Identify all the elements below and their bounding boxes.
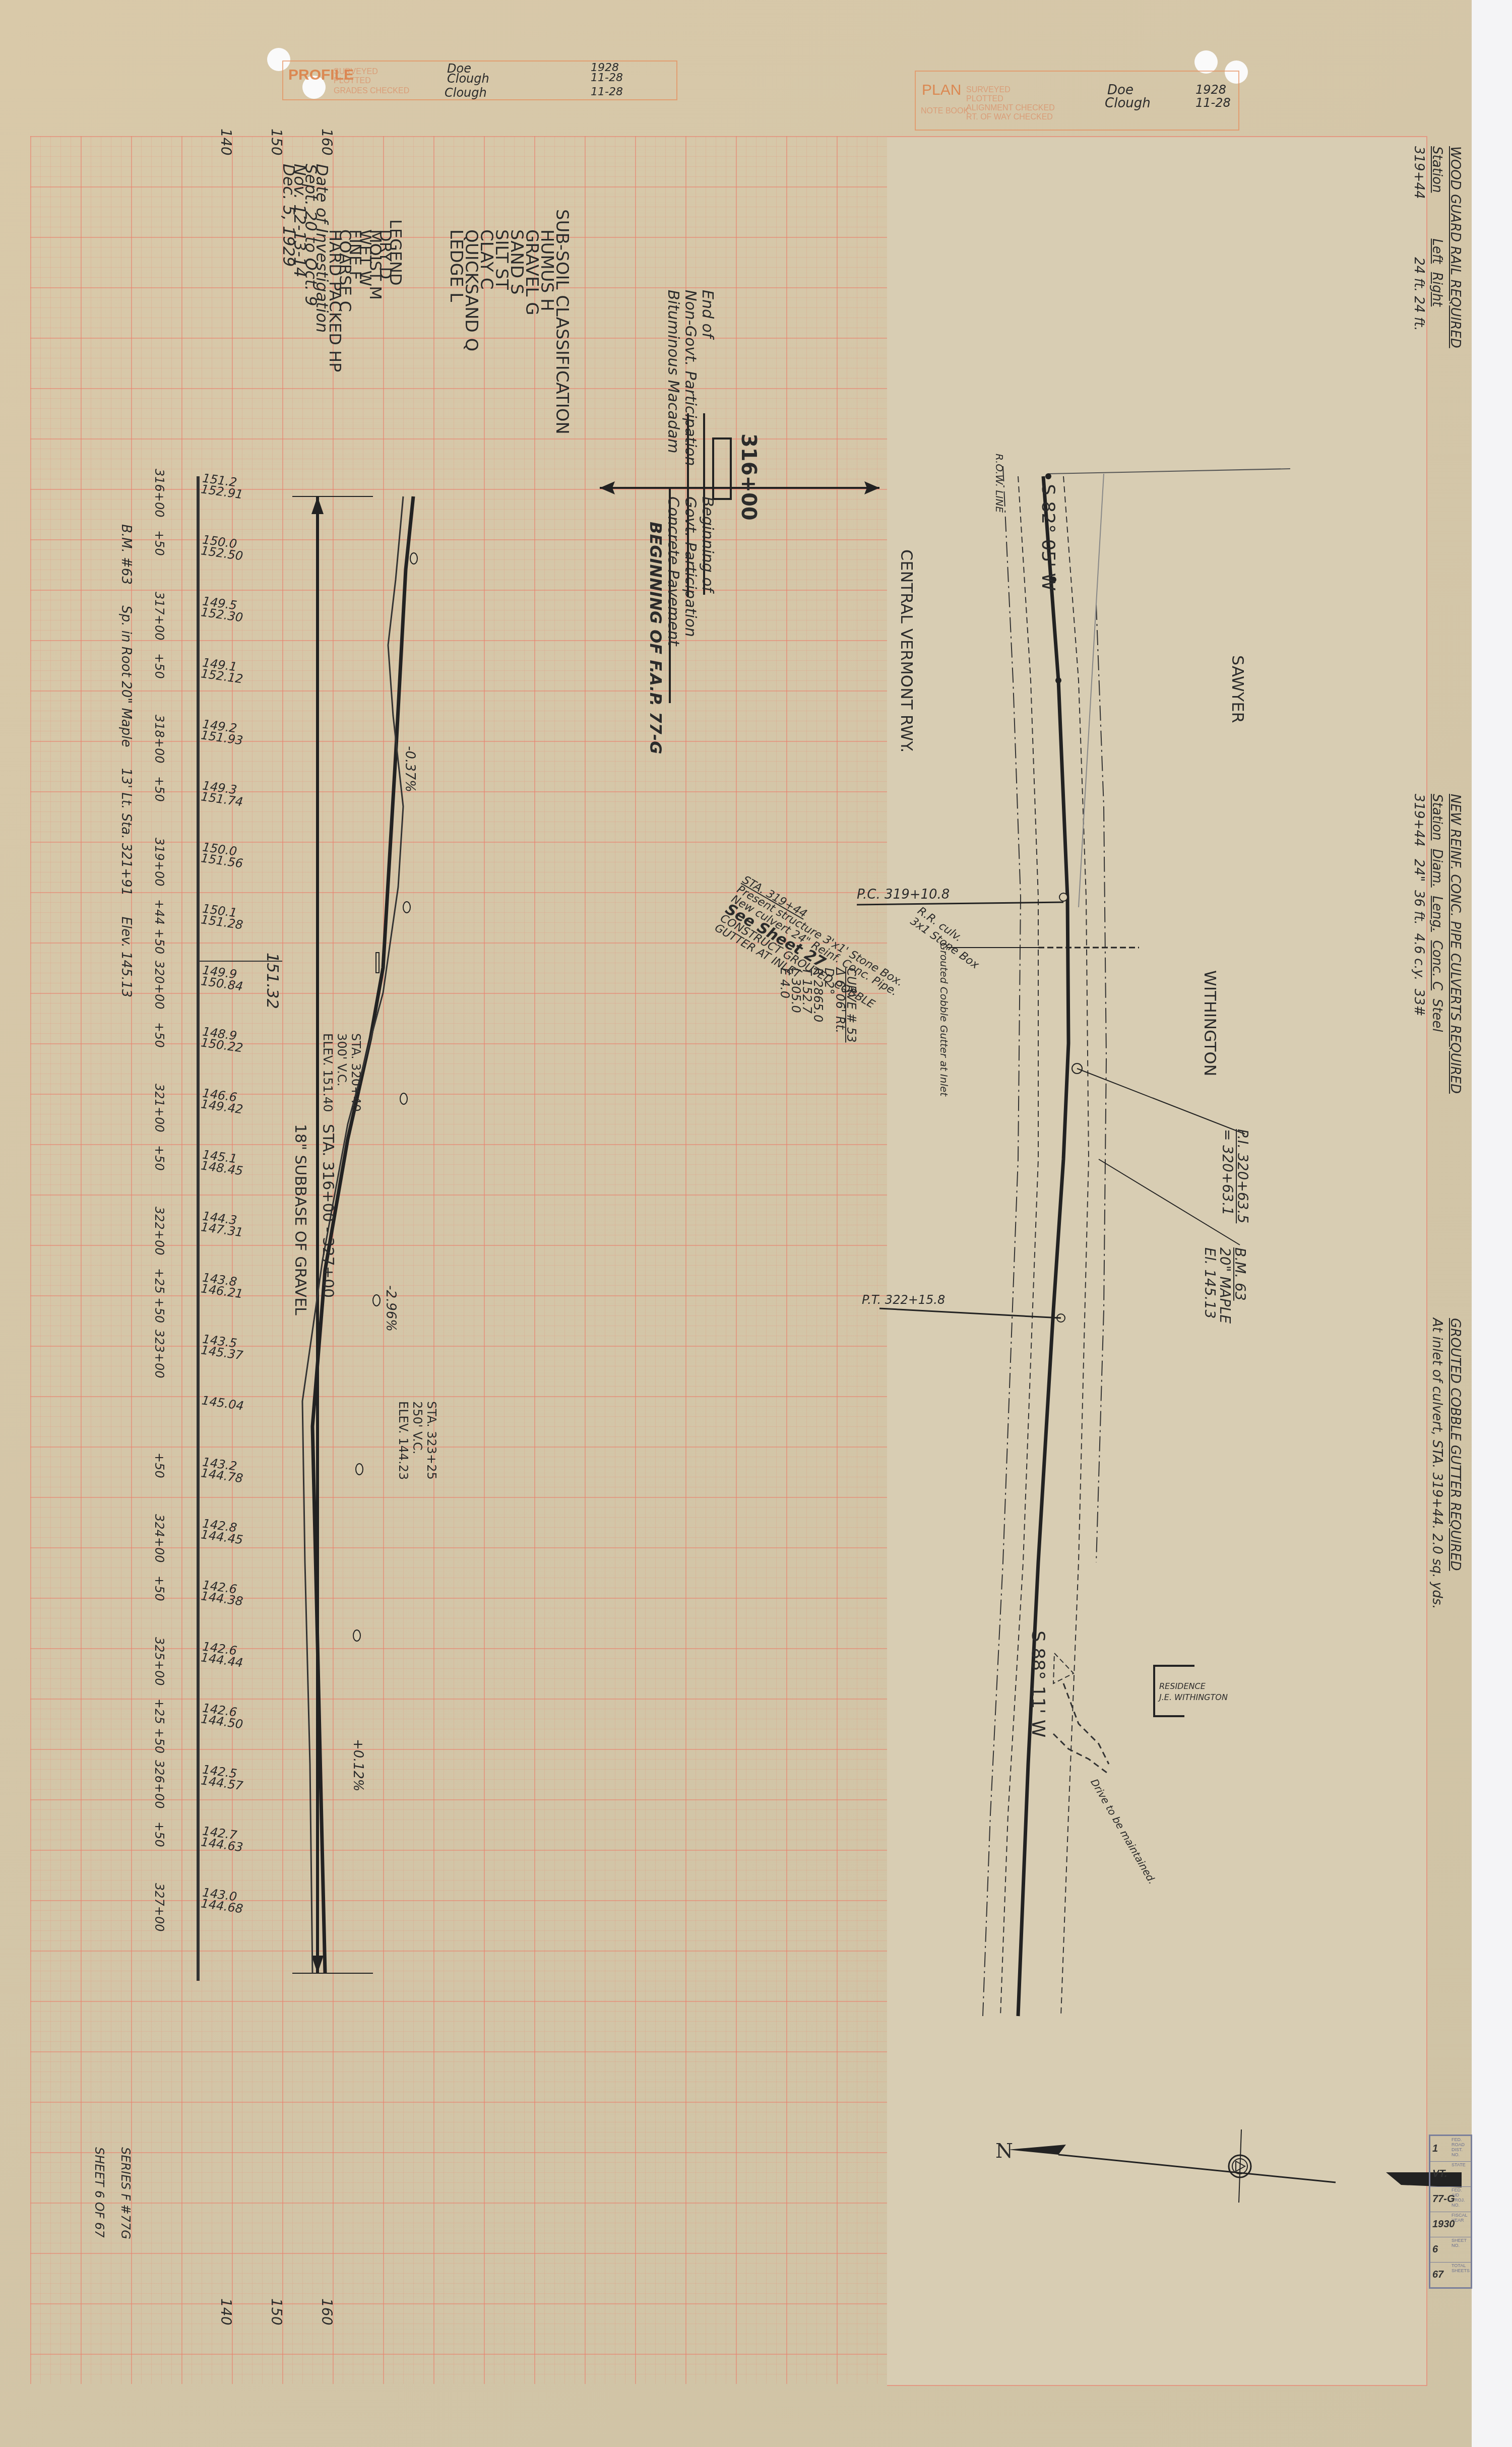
station-label: +50 <box>152 530 166 556</box>
stamp-cell: TOTAL SHEETS67 <box>1430 2262 1471 2288</box>
station-label: +50 <box>152 1145 166 1171</box>
bm-note: B.M. #63 Sp. in Root 20" Maple 13' Lt. S… <box>118 524 134 997</box>
pt-label: P.T. 322+15.8 <box>862 1293 945 1307</box>
pc-label: P.C. 319+10.8 <box>857 887 950 902</box>
table-row: 318+00 <box>152 715 166 763</box>
residence-label: RESIDENCEJ.E. WITHINGTON <box>1159 1681 1228 1703</box>
vertical-curve-1: STA. 320+40300' V.C.ELEV. 151.40 <box>321 1033 363 1112</box>
curve-data: CURVE # 53 Δ 6°06' Rt. D 2° R 2865.0 T 1… <box>779 968 857 1043</box>
station-marker-label: 316+00 <box>737 433 760 521</box>
stamp-cell: FED. AID PROJ. NO.77-G <box>1430 2186 1471 2212</box>
culvert-elev: 151.32 <box>263 953 282 1009</box>
station-label: +50 <box>152 1822 166 1847</box>
stamp-cell: FISCAL YEAR1930 <box>1430 2212 1471 2237</box>
station-label: +25 +50 <box>152 1268 166 1323</box>
station-label: 325+00 <box>152 1637 166 1685</box>
station-label: 326+00 <box>152 1760 166 1808</box>
table-row: 316+00 <box>152 469 166 517</box>
stamp-cell: FED. ROAD DIST. NO.1 <box>1430 2136 1471 2162</box>
guard-rail-table: WOOD GUARD RAIL REQUIRED Station Left Ri… <box>1410 146 1464 348</box>
table-row: +25 +50 <box>152 1268 166 1323</box>
fap-label: BEGINNING OF F.A.P. 77-G <box>646 522 665 754</box>
label-concrete-pavement: Concrete Pavement <box>664 496 681 646</box>
table-row: 320+00 <box>152 961 166 1009</box>
project-stamp: FED. ROAD DIST. NO.1STATEVT.FED. AID PRO… <box>1429 2135 1472 2289</box>
station-label: 327+00 <box>152 1883 166 1931</box>
north-label: N <box>995 2140 1013 2163</box>
series-label: SERIES F #77G SHEET 6 OF 67 <box>86 2147 139 2239</box>
station-label: 324+00 <box>152 1514 166 1562</box>
label-end-of: End of <box>699 290 716 466</box>
table-row: 324+00 <box>152 1514 166 1562</box>
label-non-govt: Non-Govt. Participation <box>681 290 699 466</box>
table-row: +25 +50 <box>152 1699 166 1753</box>
stamp-cell: SHEET NO.6 <box>1430 2237 1471 2263</box>
table-row: +50 <box>152 653 166 679</box>
benchmark-label: B.M. 6320" MAPLEEl. 145.13 <box>1202 1247 1247 1324</box>
station-label: +25 +50 <box>152 1699 166 1753</box>
station-label: +50 <box>152 653 166 679</box>
subbase-range: STA. 316+00 - 327+00 <box>319 1124 337 1298</box>
label-govt-participation: Govt. Participation <box>681 496 699 646</box>
table-row: 322+00 <box>152 1207 166 1255</box>
station-label: +50 <box>152 776 166 802</box>
table-row: +50 <box>152 1145 166 1171</box>
grade-1: -0.37% <box>402 746 417 792</box>
subbase-label: 18" SUBBASE OF GRAVEL <box>291 1124 309 1315</box>
station-label: 317+00 <box>152 592 166 640</box>
table-row: 319+00 <box>152 838 166 886</box>
table-row: 327+00 <box>152 1883 166 1931</box>
grade-2: -2.96% <box>383 1285 398 1332</box>
station-marker-left-labels: End of Non-Govt. Participation Bituminou… <box>664 290 716 466</box>
station-label: 321+00 <box>152 1084 166 1132</box>
station-marker-right-labels: Beginning of Govt. Participation Concret… <box>664 496 716 646</box>
gutter-table: GROUTED COBBLE GUTTER REQUIRED At inlet … <box>1428 1318 1464 1609</box>
station-label: +50 <box>152 1453 166 1478</box>
owner-sawyer: SAWYER <box>1228 655 1247 723</box>
railway-label: CENTRAL VERMONT RWY. <box>897 549 916 752</box>
owner-withington: WITHINGTON <box>1201 970 1220 1076</box>
table-row: 323+00 <box>152 1330 166 1378</box>
gutter-inlet-label: Grouted Cobble Gutter at Inlet <box>938 943 950 1096</box>
bearing-1: S 82° 05' W <box>1038 484 1058 591</box>
table-row: +50 <box>152 1822 166 1847</box>
station-label: +50 <box>152 1576 166 1601</box>
stamp-cell: STATEVT. <box>1430 2161 1471 2187</box>
pi-label: P.I. 320+63.5= 320+63.1 <box>1220 1129 1250 1223</box>
station-label: 316+00 <box>152 469 166 517</box>
grade-3: +0.12% <box>350 1739 365 1791</box>
table-row: +44 +50 <box>152 899 166 954</box>
bearing-2: S 88° 11' W <box>1028 1630 1048 1737</box>
table-row: +50 <box>152 776 166 802</box>
station-label: 322+00 <box>152 1207 166 1255</box>
culverts-table: NEW REINF. CONC. PIPE CULVERTS REQUIRED … <box>1410 794 1464 1094</box>
station-label: 318+00 <box>152 715 166 763</box>
label-bituminous: Bituminous Macadam <box>664 290 681 466</box>
north-arrow-icon <box>1237 2162 1242 2167</box>
table-row: +50 <box>152 1453 166 1478</box>
table-row: 325+00 <box>152 1637 166 1685</box>
station-label: 323+00 <box>152 1330 166 1378</box>
table-row: +50 <box>152 1576 166 1601</box>
table-row: +50 <box>152 1022 166 1048</box>
row-line-label: R.O.W. LINE <box>993 454 1005 513</box>
table-row: +50 <box>152 530 166 556</box>
table-row: 317+00 <box>152 592 166 640</box>
station-label: 319+00 <box>152 838 166 886</box>
station-label: 320+00 <box>152 961 166 1009</box>
table-row: 326+00 <box>152 1760 166 1808</box>
vertical-curve-2: STA. 323+25250' V.C.ELEV. 144.23 <box>396 1401 438 1480</box>
table-row: 321+00 <box>152 1084 166 1132</box>
station-label: +44 +50 <box>152 899 166 954</box>
label-beginning-of: Beginning of <box>699 496 716 646</box>
station-label: +50 <box>152 1022 166 1048</box>
